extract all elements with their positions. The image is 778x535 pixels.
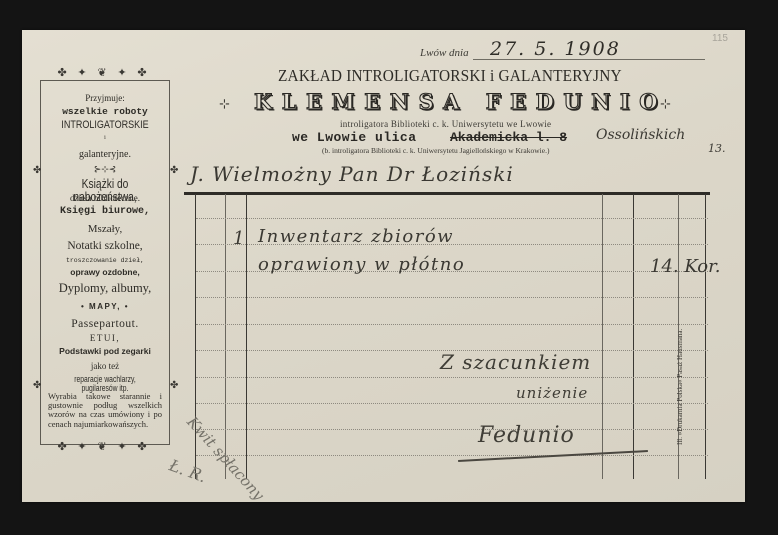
sidebar-line: • MAPY, •: [42, 303, 168, 311]
column-rule: [633, 194, 634, 479]
row-rule: [196, 297, 708, 298]
column-rule: [602, 194, 603, 479]
sidebar-line: galanteryjne.: [42, 150, 168, 160]
place-date-label: Lwów dnia: [420, 47, 469, 59]
sidebar-line: Mszały,: [42, 224, 168, 235]
column-rule: [225, 194, 226, 479]
customer-line: J. Wielmożny Pan Dr Łoziński: [190, 162, 514, 186]
sidebar-line: Notatki szkolne,: [42, 241, 168, 253]
address-handwritten: Ossolińskich: [596, 127, 685, 143]
row-rule: [196, 429, 708, 430]
sidebar-line: dzieła biblioteczne.: [42, 194, 168, 203]
sidebar-line: jako też: [42, 362, 168, 371]
sidebar-line: troszczowanie dzieł,: [42, 258, 168, 265]
sidebar-ornament-top: ✤ ✦ ❦ ✦ ✤: [30, 66, 178, 79]
closing-humbly: uniżenie: [516, 384, 588, 402]
row-rule: [196, 403, 708, 404]
row-rule: [196, 455, 708, 456]
sidebar-line: wszelkie roboty: [42, 107, 168, 117]
subtitle-university: introligatora Biblioteki c. k. Uniwersyt…: [340, 119, 551, 129]
sidebar-line: Dyplomy, albumy,: [42, 282, 168, 295]
address-prefix: we Lwowie ulica: [292, 130, 417, 145]
sidebar-paragraph: Wyrabia takowe starannie i gustownie pod…: [48, 392, 162, 429]
printer-imprint: Ill. »Drukarnia Polska« Pasaż Hausmana.: [676, 329, 684, 445]
address-struck: Akademicka l. 8: [450, 130, 567, 145]
sidebar-line: Podstawki pod zegarki: [42, 347, 168, 356]
flourish-icon: ✤: [33, 380, 41, 391]
closing-greeting: Z szacunkiem: [440, 350, 591, 374]
address-number-handwritten: 13.: [708, 142, 726, 155]
column-rule: [705, 194, 706, 479]
signature: Fedunio: [478, 423, 575, 448]
sidebar-line: ETUI,: [42, 334, 168, 343]
item-quantity: 1: [233, 228, 244, 249]
sidebar-line: INTROLIGATORSKIE: [53, 120, 156, 131]
row-rule: [196, 377, 708, 378]
sidebar-line: i: [42, 135, 168, 141]
flourish-icon: ✤: [170, 165, 178, 176]
sidebar-line: oprawy ozdobne,: [42, 268, 168, 277]
sidebar-ornament-bottom: ✤ ✦ ❦ ✦ ✤: [30, 440, 178, 453]
row-rule: [196, 218, 708, 219]
sidebar-line: Przyjmuje:: [42, 94, 168, 103]
ornament-icon: ⊹: [660, 96, 671, 112]
divider-ornament-icon: ⊱⊹⊰: [42, 165, 168, 174]
date-handwritten: 27. 5. 1908: [490, 38, 621, 60]
flourish-icon: ✤: [170, 380, 178, 391]
sidebar-line: Księgi biurowe,: [42, 207, 168, 217]
firm-type: ZAKŁAD INTROLIGATORSKI i GALANTERYJNY: [278, 66, 622, 86]
item-price: 14. Kor.: [650, 256, 721, 277]
customer-rule: [184, 192, 710, 195]
item-description: Inwentarz zbiorów: [258, 226, 454, 247]
column-rule: [246, 194, 247, 479]
item-description: oprawiony w płótno: [258, 254, 465, 275]
row-rule: [196, 324, 708, 325]
subtitle-former: (b. introligatora Biblioteki c. k. Uniwe…: [322, 146, 549, 155]
ornament-icon: ⊹: [219, 96, 230, 112]
archive-number: 115: [712, 33, 728, 44]
sidebar-line: Passepartout.: [42, 319, 168, 331]
firm-name: KLEMENSA FEDUNIO: [254, 89, 667, 114]
flourish-icon: ✤: [33, 165, 41, 176]
